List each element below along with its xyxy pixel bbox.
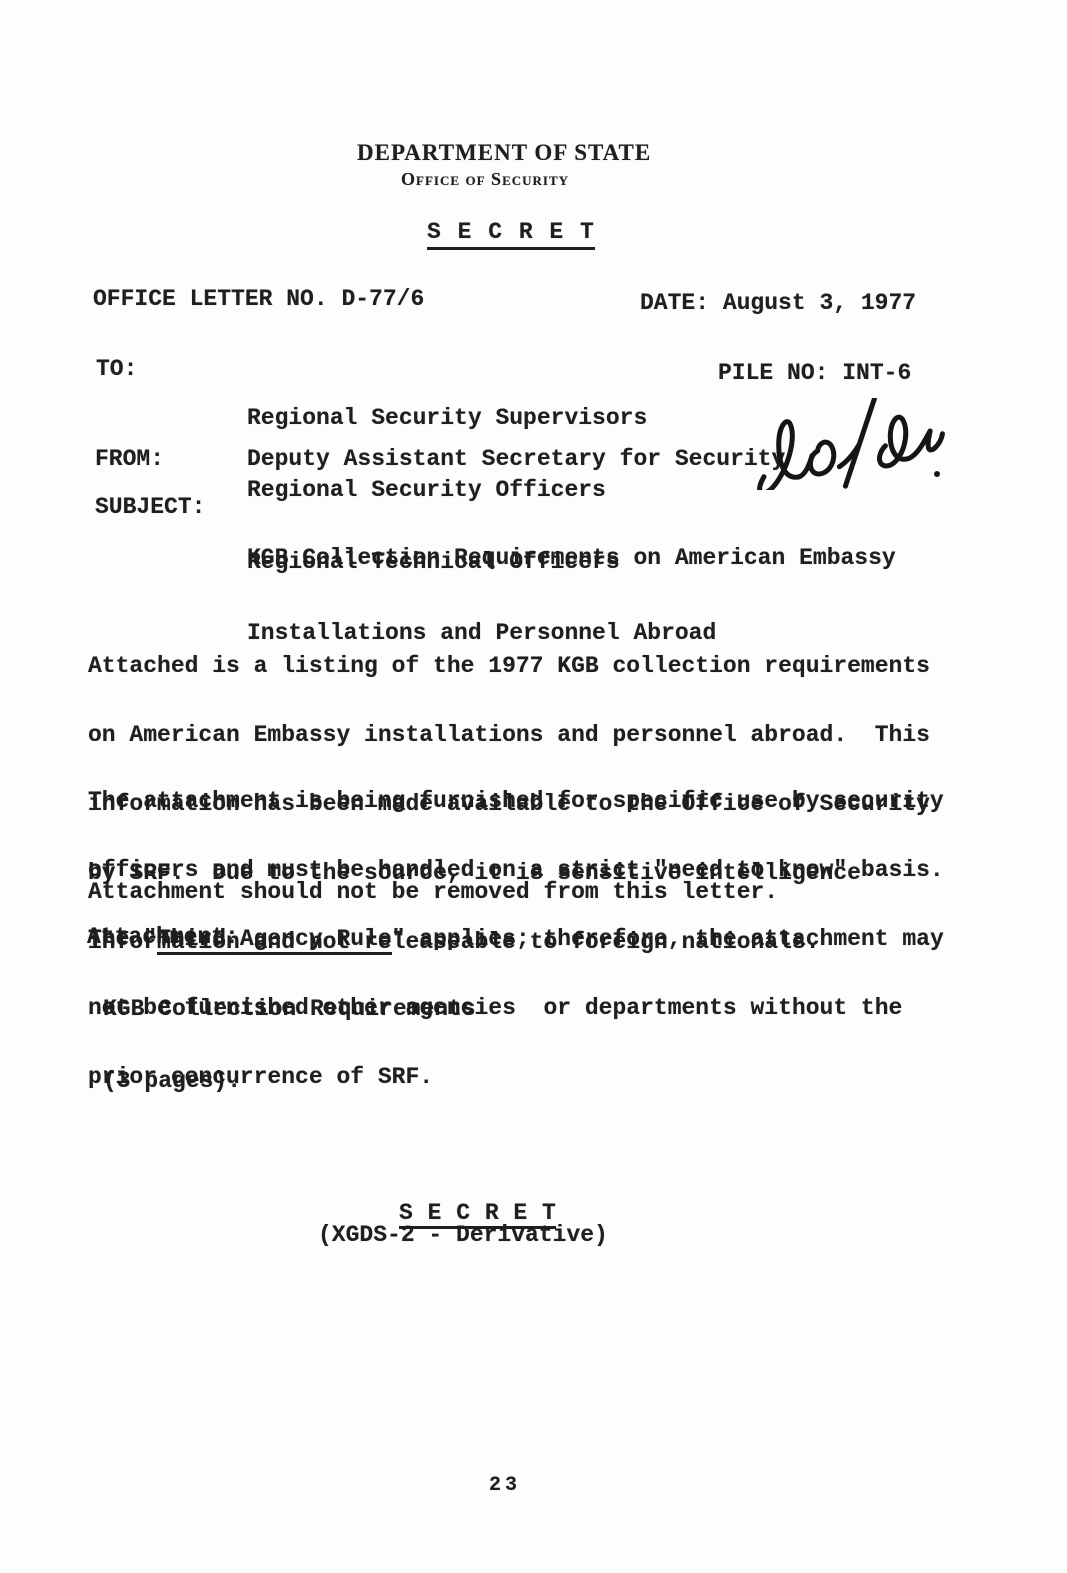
office-letter-label: OFFICE LETTER NO. <box>93 286 341 312</box>
to-recipient: Regional Security Supervisors <box>247 406 647 430</box>
from-label: FROM: <box>95 448 164 471</box>
date-label: DATE: <box>640 290 723 316</box>
declassification-caveat: (XGDS-2 - Derivative) <box>318 1224 608 1247</box>
subject-line: KGB Collection Requirements on American … <box>247 546 896 571</box>
from-value: Deputy Assistant Secretary for Security <box>247 448 785 471</box>
scanned-letter-page: DEPARTMENT OF STATE Office of Security S… <box>0 0 1067 1573</box>
attachment-item: (3 pages). <box>103 1069 476 1093</box>
date-value: August 3, 1977 <box>723 290 916 316</box>
file-number-line: PILE NO: INT-6 <box>718 362 911 385</box>
body-paragraph-3: Attachment should not be removed from th… <box>88 881 778 904</box>
office-letter-number: OFFICE LETTER NO. D-77/6 <box>93 288 424 311</box>
file-number-label: PILE NO: <box>718 360 842 386</box>
date-line: DATE: August 3, 1977 <box>640 292 916 315</box>
attachment-list: KGB Collection Requirements (3 pages). <box>103 949 476 1141</box>
to-label: TO: <box>96 358 137 381</box>
department-title: DEPARTMENT OF STATE <box>357 141 651 164</box>
body-line: The attachment is being furnished for sp… <box>88 790 944 813</box>
office-subtitle: Office of Security <box>401 168 569 191</box>
body-line: Attached is a listing of the 1977 KGB co… <box>88 655 930 678</box>
file-number-value: INT-6 <box>842 360 911 386</box>
signature-initials-icon <box>745 398 945 490</box>
attachment-item: KGB Collection Requirements <box>103 997 476 1021</box>
classification-banner-top: S E C R E T <box>427 221 595 250</box>
office-letter-value: D-77/6 <box>341 286 424 312</box>
subject-label: SUBJECT: <box>95 496 205 519</box>
page-number: 23 <box>489 1474 521 1497</box>
attachment-label: Attachment: <box>87 926 239 949</box>
